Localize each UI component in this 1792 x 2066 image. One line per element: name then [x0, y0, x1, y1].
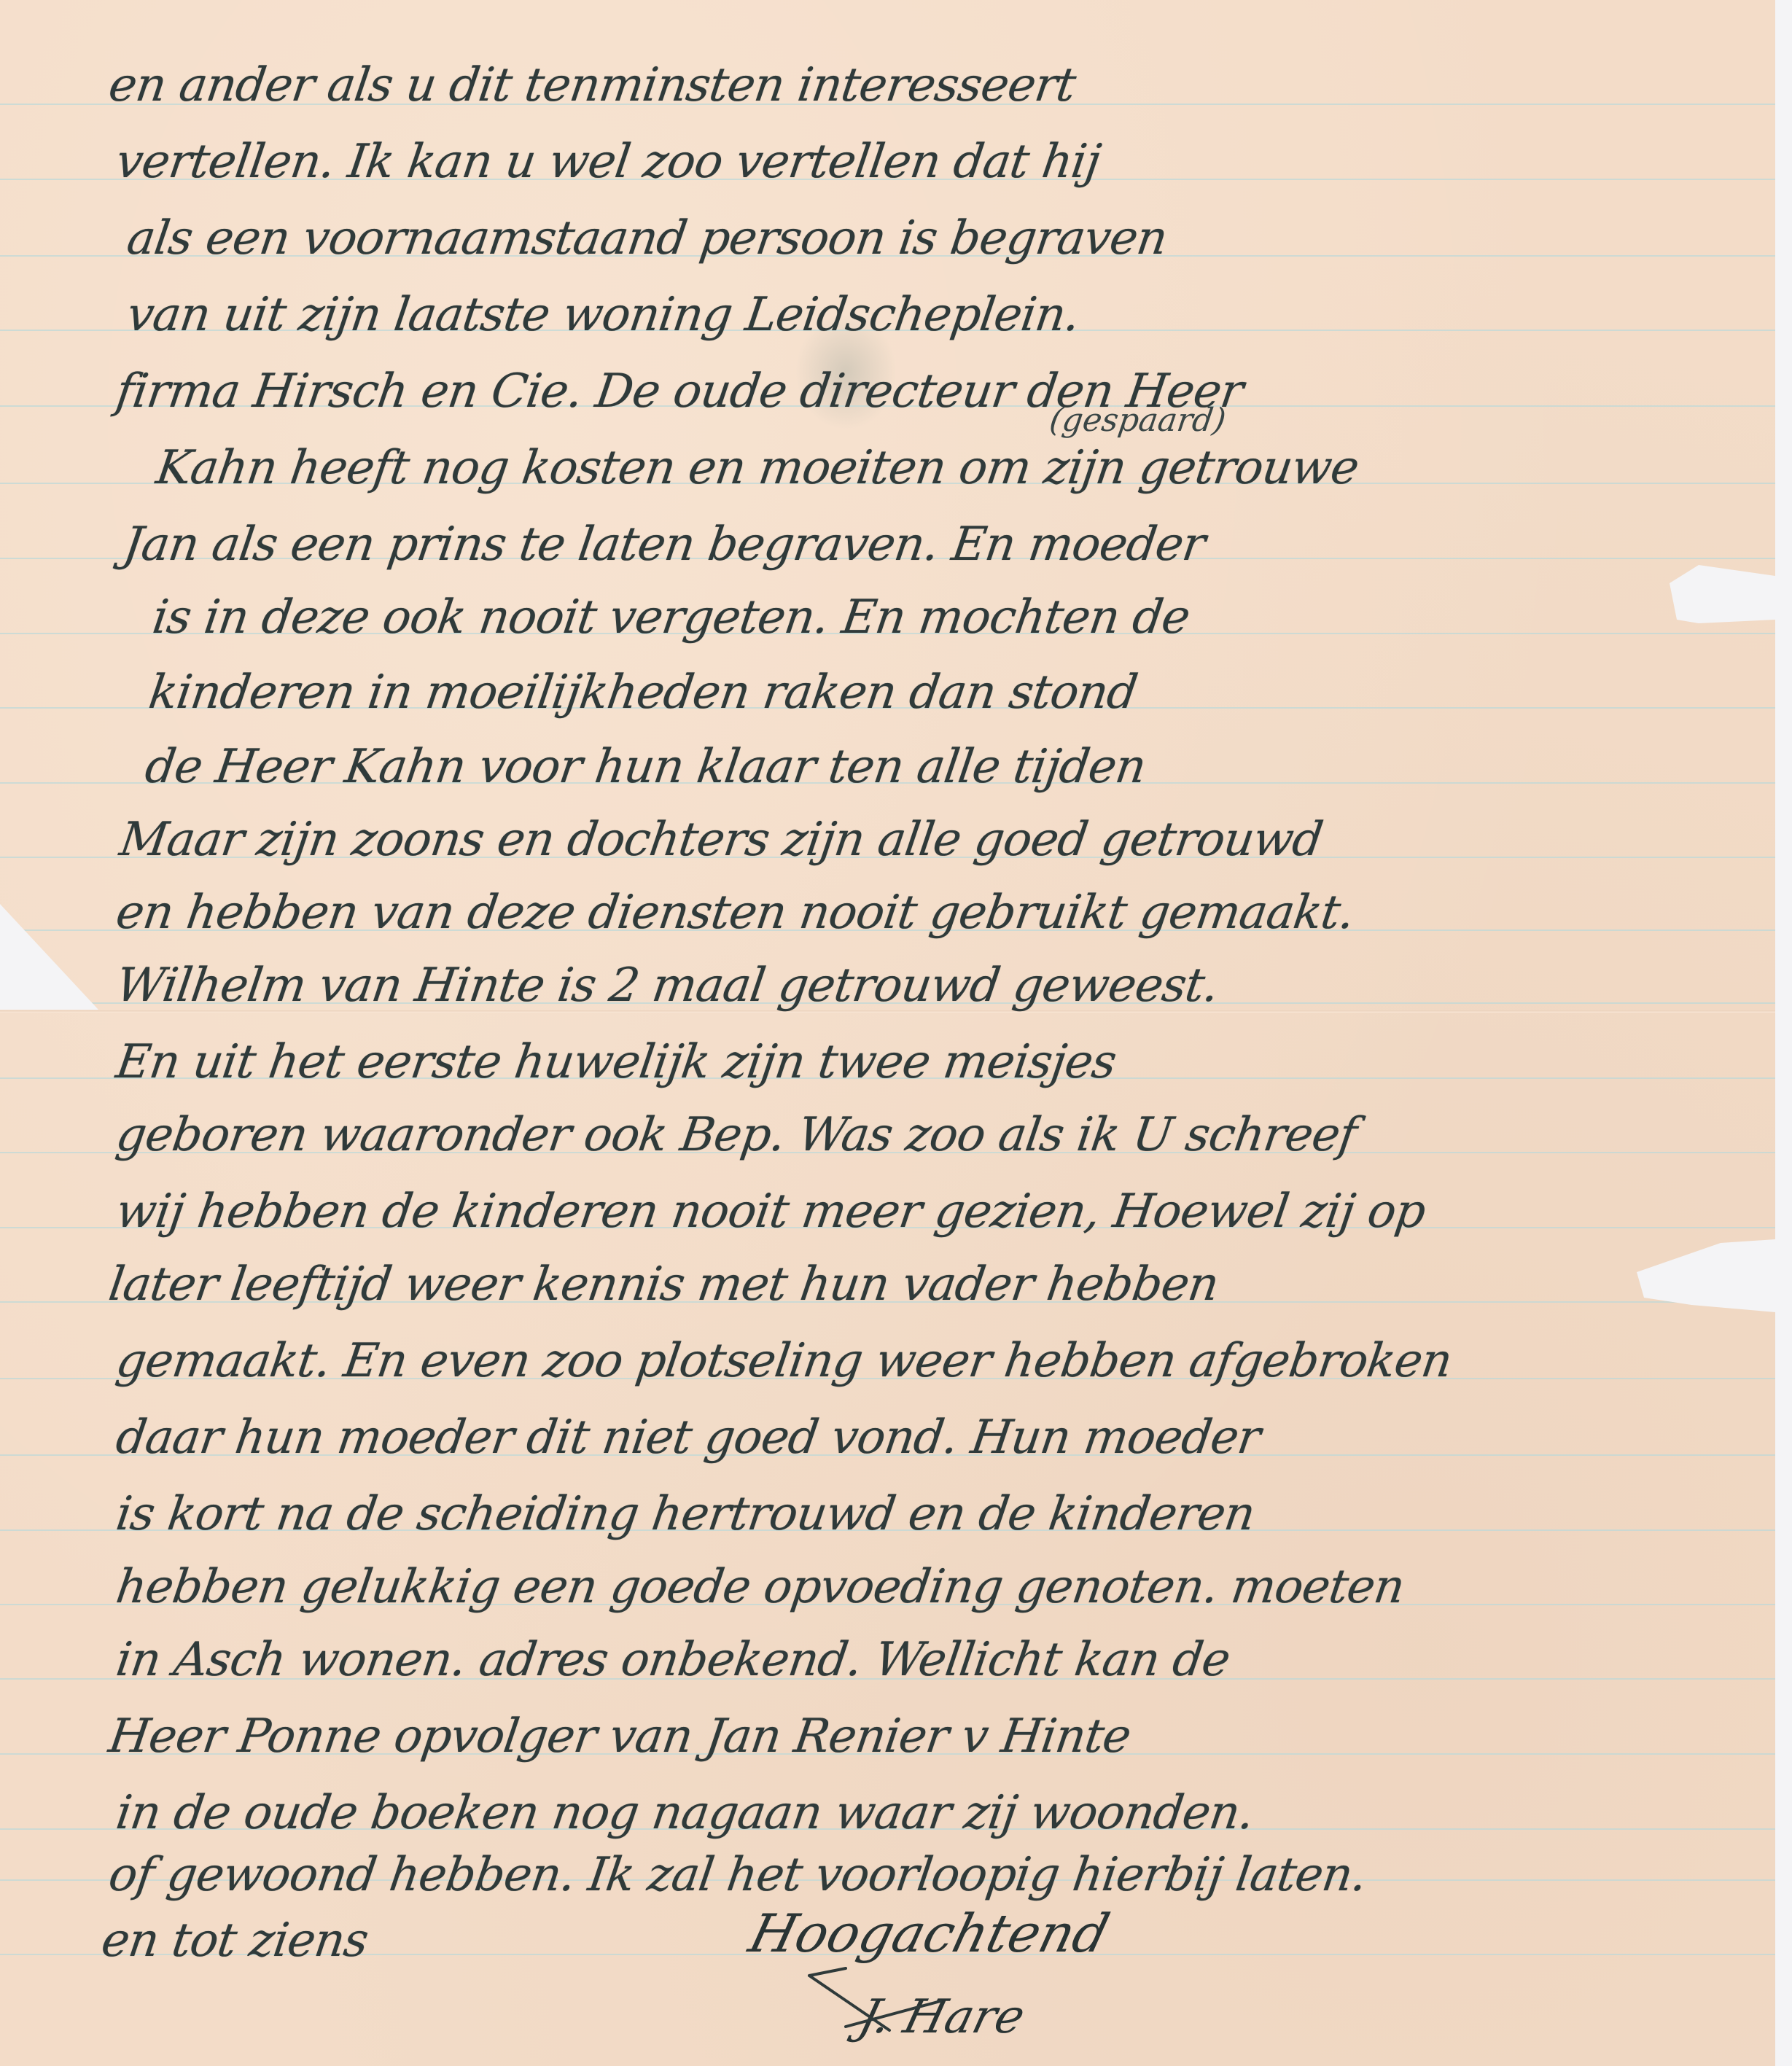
text-line: Heer Ponne opvolger van Jan Renier v Hin…: [106, 1713, 1134, 1760]
text-line: en hebben van deze diensten nooit gebrui…: [114, 889, 1357, 936]
text-line: Wilhelm van Hinte is 2 maal getrouwd gew…: [114, 962, 1221, 1009]
text-line: in Asch wonen. adres onbekend. Wellicht …: [114, 1637, 1233, 1683]
text-line: gemaakt. En even zoo plotseling weer heb…: [114, 1338, 1454, 1384]
text-line: daar hun moeder dit niet goed vond. Hun …: [114, 1414, 1263, 1461]
signature-flourish-icon: [802, 1961, 948, 2034]
closing-line: en tot ziens: [99, 1917, 371, 1964]
text-line: in de oude boeken nog nagaan waar zij wo…: [114, 1790, 1257, 1836]
text-line: of gewoond hebben. Ik zal het voorloopig…: [106, 1852, 1369, 1898]
text-line: Maar zijn zoons en dochters zijn alle go…: [117, 816, 1325, 863]
letter-body: en ander als u dit tenminsten interessee…: [0, 0, 1775, 2066]
text-line: wij hebben de kinderen nooit meer gezien…: [114, 1188, 1428, 1235]
inserted-word: (gespaard): [1048, 405, 1228, 437]
text-line: van uit zijn laatste woning Leidscheplei…: [125, 292, 1083, 338]
text-line: Kahn heeft nog kosten en moeiten om zijn…: [154, 445, 1362, 491]
text-line: geboren waaronder ook Bep. Was zoo als i…: [114, 1112, 1360, 1158]
text-line: vertellen. Ik kan u wel zoo vertellen da…: [114, 139, 1103, 185]
text-line: en ander als u dit tenminsten interessee…: [106, 62, 1078, 109]
text-line: kinderen in moeilijkheden raken dan ston…: [147, 669, 1140, 716]
valediction: Hoogachtend: [744, 1903, 1115, 1964]
text-line: En uit het eerste huwelijk zijn twee mei…: [114, 1039, 1119, 1085]
text-line: Jan als een prins te laten begraven. En …: [121, 521, 1208, 568]
text-line: later leeftijd weer kennis met hun vader…: [106, 1261, 1221, 1308]
text-line: hebben gelukkig een goede opvoeding geno…: [114, 1564, 1407, 1610]
text-line: de Heer Kahn voor hun klaar ten alle tij…: [143, 744, 1149, 790]
text-line: als een voornaamstaand persoon is begrav…: [125, 215, 1170, 262]
text-line: is in deze ook nooit vergeten. En mochte…: [150, 594, 1193, 641]
text-line: is kort na de scheiding hertrouwd en de …: [114, 1491, 1258, 1537]
